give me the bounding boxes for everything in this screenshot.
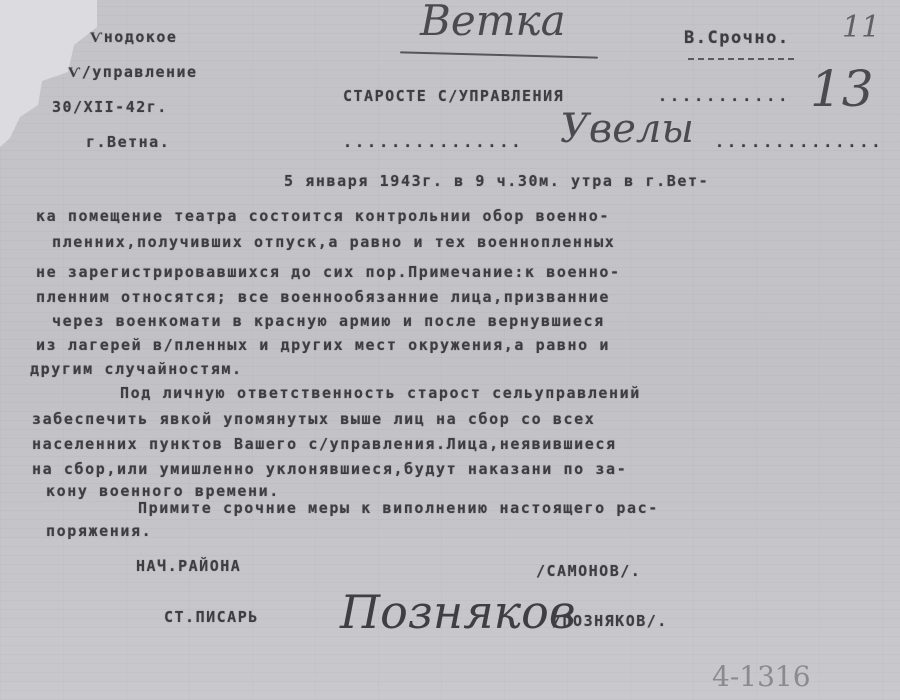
header-left-line1: Ѵнодокое bbox=[90, 28, 177, 47]
body-line-13: кону военного времени. bbox=[46, 482, 280, 500]
urgency-label: В.Срочно. bbox=[684, 28, 790, 48]
handwritten-number-top: 11 bbox=[842, 10, 880, 45]
body-line-10: забеспечить явкой упомянутых выше лиц на… bbox=[32, 410, 595, 428]
body-line-8: другим случайностям. bbox=[30, 360, 243, 378]
handwritten-village: Увелы bbox=[560, 106, 694, 152]
body-line-9: Под личную ответственность старост сельу… bbox=[120, 384, 641, 402]
archive-number: 4-1316 bbox=[712, 660, 811, 693]
body-line-6: через военкомати в красную армию и после… bbox=[52, 312, 605, 330]
title-senior-clerk: СТ.ПИСАРЬ bbox=[164, 608, 259, 626]
title-district-head: НАЧ.РАЙОНА bbox=[136, 557, 241, 575]
handwritten-place: Ветка bbox=[420, 0, 566, 45]
body-line-2: ка помещение театра состоится контрольни… bbox=[36, 207, 610, 225]
header-left-date: 30/XII-42г. bbox=[52, 98, 168, 116]
handwritten-signature: Позняков bbox=[340, 585, 576, 639]
body-line-7: из лагерей в/пленных и других мест окруж… bbox=[36, 336, 610, 354]
header-left-city: г.Ветна. bbox=[86, 133, 170, 151]
handwritten-number: 13 bbox=[810, 60, 874, 118]
name-senior-clerk: /ПОЗНЯКОВ/. bbox=[552, 612, 668, 630]
name-district-head: /САМОНОВ/. bbox=[536, 562, 641, 580]
village-dots-right: .............. bbox=[715, 133, 883, 151]
header-left-line2: Ѵ/управление bbox=[68, 63, 198, 82]
body-line-11: населенних пунктов Вашего с/управления.Л… bbox=[32, 435, 617, 453]
body-line-3: пленних,получивших отпуск,а равно и тех … bbox=[52, 233, 615, 251]
document-page: Ѵнодокое Ѵ/управление 30/XII-42г. г.Ветн… bbox=[0, 0, 900, 700]
addressee-dots: ........... bbox=[658, 87, 790, 105]
body-line-5: пленним относятся; все военнообязанние л… bbox=[36, 288, 610, 306]
addressee: СТАРОСТЕ С/УПРАВЛЕНИЯ bbox=[343, 87, 564, 105]
body-line-4: не зарегистрировавшихся до сих пор.Приме… bbox=[36, 263, 621, 281]
body-line-12: на сбор,или умишленно уклонявшиеся,будут… bbox=[32, 460, 627, 478]
body-line-1: 5 января 1943г. в 9 ч.30м. утра в г.Вет- bbox=[284, 172, 709, 190]
village-dots-left: ............... bbox=[343, 133, 523, 151]
urgency-underline bbox=[688, 58, 794, 60]
handwritten-underline bbox=[400, 51, 598, 58]
body-line-14: Примите срочние меры к виполнению настоя… bbox=[138, 499, 659, 517]
body-line-15: поряжения. bbox=[46, 522, 152, 540]
